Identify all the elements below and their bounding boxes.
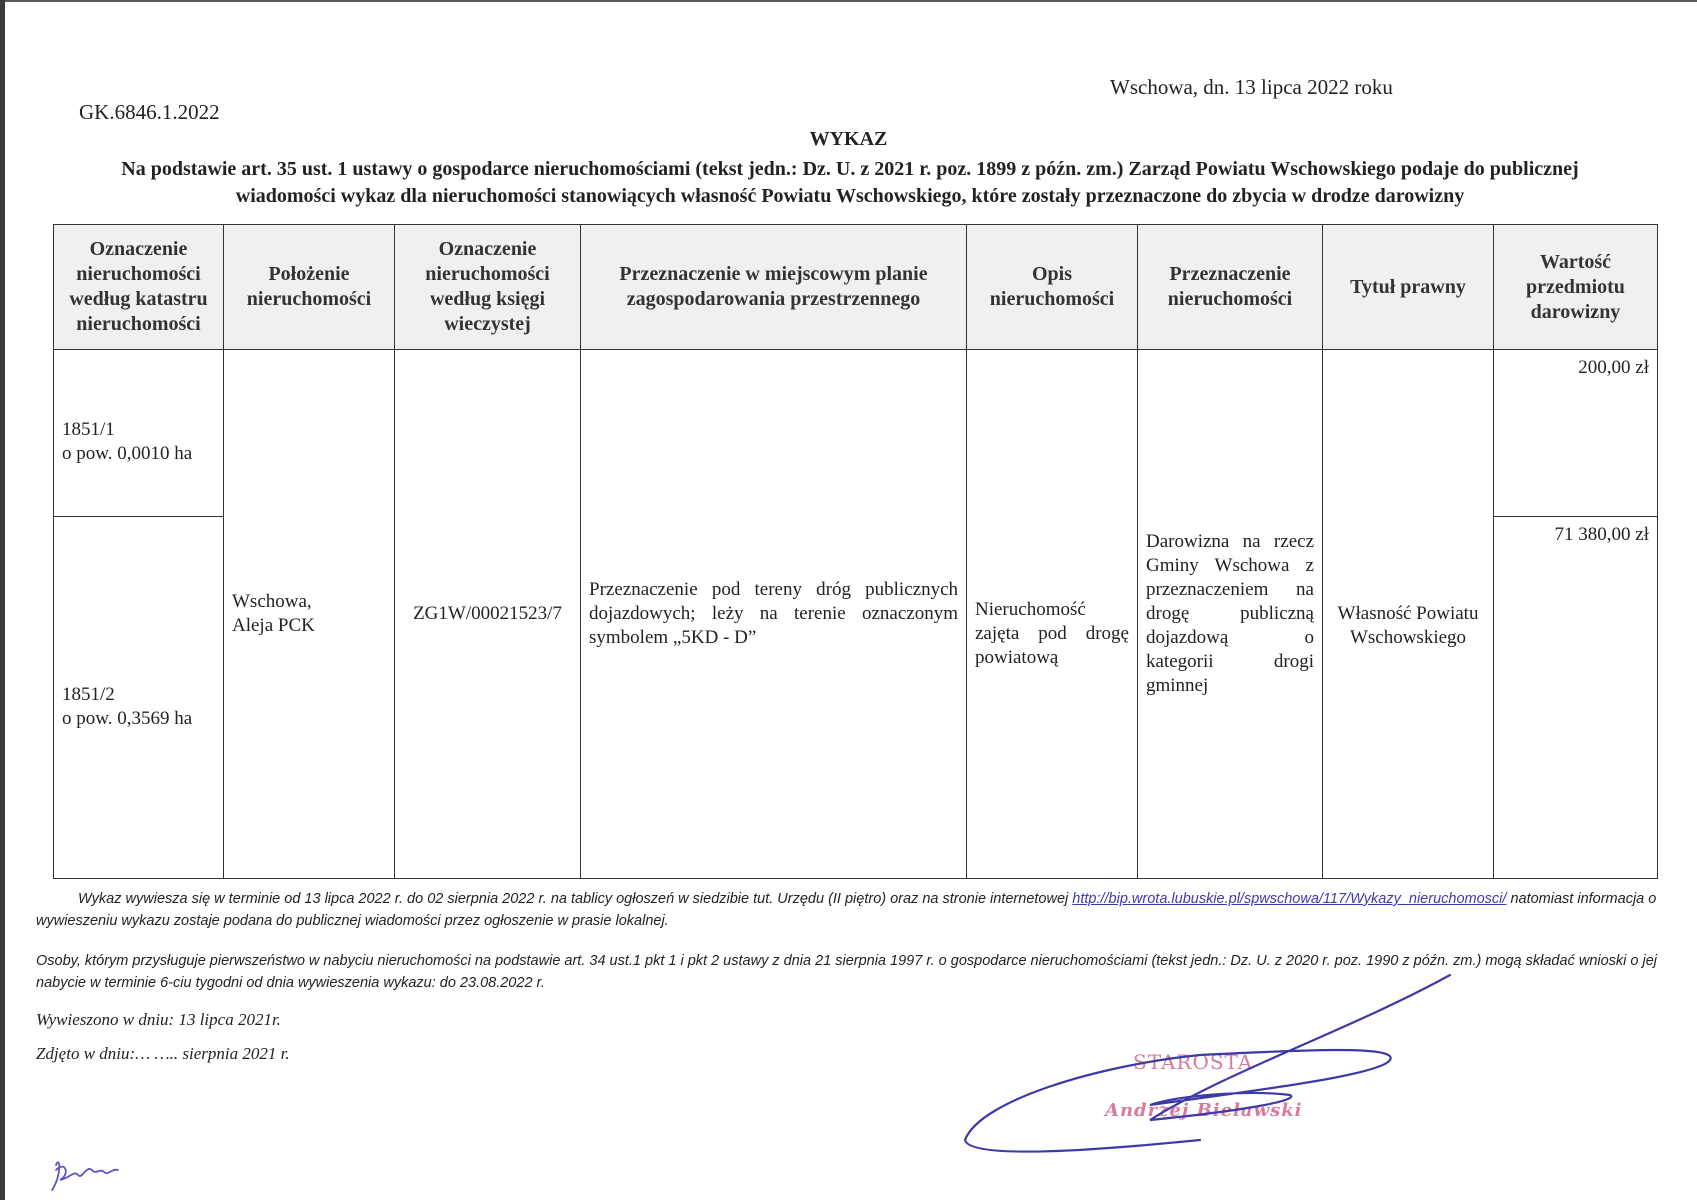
value-cell: 71 380,00 zł [1494,517,1658,879]
legal-title-cell: Własność Powiatu Wschowskiego [1323,350,1494,879]
header-value: Wartość przedmiotu darowizny [1494,225,1658,350]
value-cell: 200,00 zł [1494,350,1658,517]
intro-paragraph: Na podstawie art. 35 ust. 1 ustawy o gos… [80,156,1620,210]
location-cell: Wschowa, Aleja PCK [224,350,395,879]
parcel-area: o pow. 0,0010 ha [62,442,215,466]
reference-number: GK.6846.1.2022 [79,100,220,125]
bip-link[interactable]: http://bip.wrota.lubuskie.pl/spwschowa/1… [1072,891,1506,907]
posted-on: Wywieszono w dniu: 13 lipca 2021r. [36,1010,281,1030]
parcel-number: 1851/2 [62,683,215,707]
place-date: Wschowa, dn. 13 lipca 2022 roku [1110,75,1393,100]
posting-text: Wykaz wywiesza się w terminie od 13 lipc… [78,891,1072,907]
location-street: Aleja PCK [232,614,386,638]
parcel-area: o pow. 0,3569 ha [62,707,215,731]
description-cell: Nieruchomość zajęta pod drogę powiatową [967,350,1138,879]
parcel-cell: 1851/2 o pow. 0,3569 ha [54,517,224,879]
header-location: Położenie nieruchomości [224,225,395,350]
header-cadastre: Oznaczenie nieruchomości według katastru… [54,225,224,350]
posting-note: Wykaz wywiesza się w terminie od 13 lipc… [36,888,1676,932]
zoning-plan-cell: Przeznaczenie pod tereny dróg publicznyc… [581,350,967,879]
stamp-name: Andrzej Bielawski [1105,1100,1303,1121]
header-land-register: Oznaczenie nieruchomości według księgi w… [395,225,581,350]
land-register-cell: ZG1W/00021523/7 [395,350,581,879]
header-description: Opis nieruchomości [967,225,1138,350]
header-zoning-plan: Przeznaczenie w miejscowym planie zagosp… [581,225,967,350]
description-text: Nieruchomość zajęta pod drogę powiatową [975,598,1129,670]
removed-on: Zdjęto w dniu:… ….. sierpnia 2021 r. [36,1044,290,1064]
stamp-title: STAROSTA [1133,1050,1253,1074]
purpose-cell: Darowizna na rzecz Gminy Wschowa z przez… [1138,350,1323,879]
table-header-row: Oznaczenie nieruchomości według katastru… [54,225,1658,350]
scan-edge-top [0,0,1697,2]
table-row: 1851/1 o pow. 0,0010 ha Wschowa, Aleja P… [54,350,1658,517]
header-purpose: Przeznaczenie nieruchomości [1138,225,1323,350]
property-list-table: Oznaczenie nieruchomości według katastru… [53,224,1658,879]
location-city: Wschowa, [232,590,386,614]
scan-edge-left [0,0,5,1200]
parcel-cell: 1851/1 o pow. 0,0010 ha [54,350,224,517]
priority-note: Osoby, którym przysługuje pierwszeństwo … [36,950,1676,994]
document-title: WYKAZ [0,128,1697,151]
header-legal-title: Tytuł prawny [1323,225,1494,350]
parcel-number: 1851/1 [62,418,215,442]
